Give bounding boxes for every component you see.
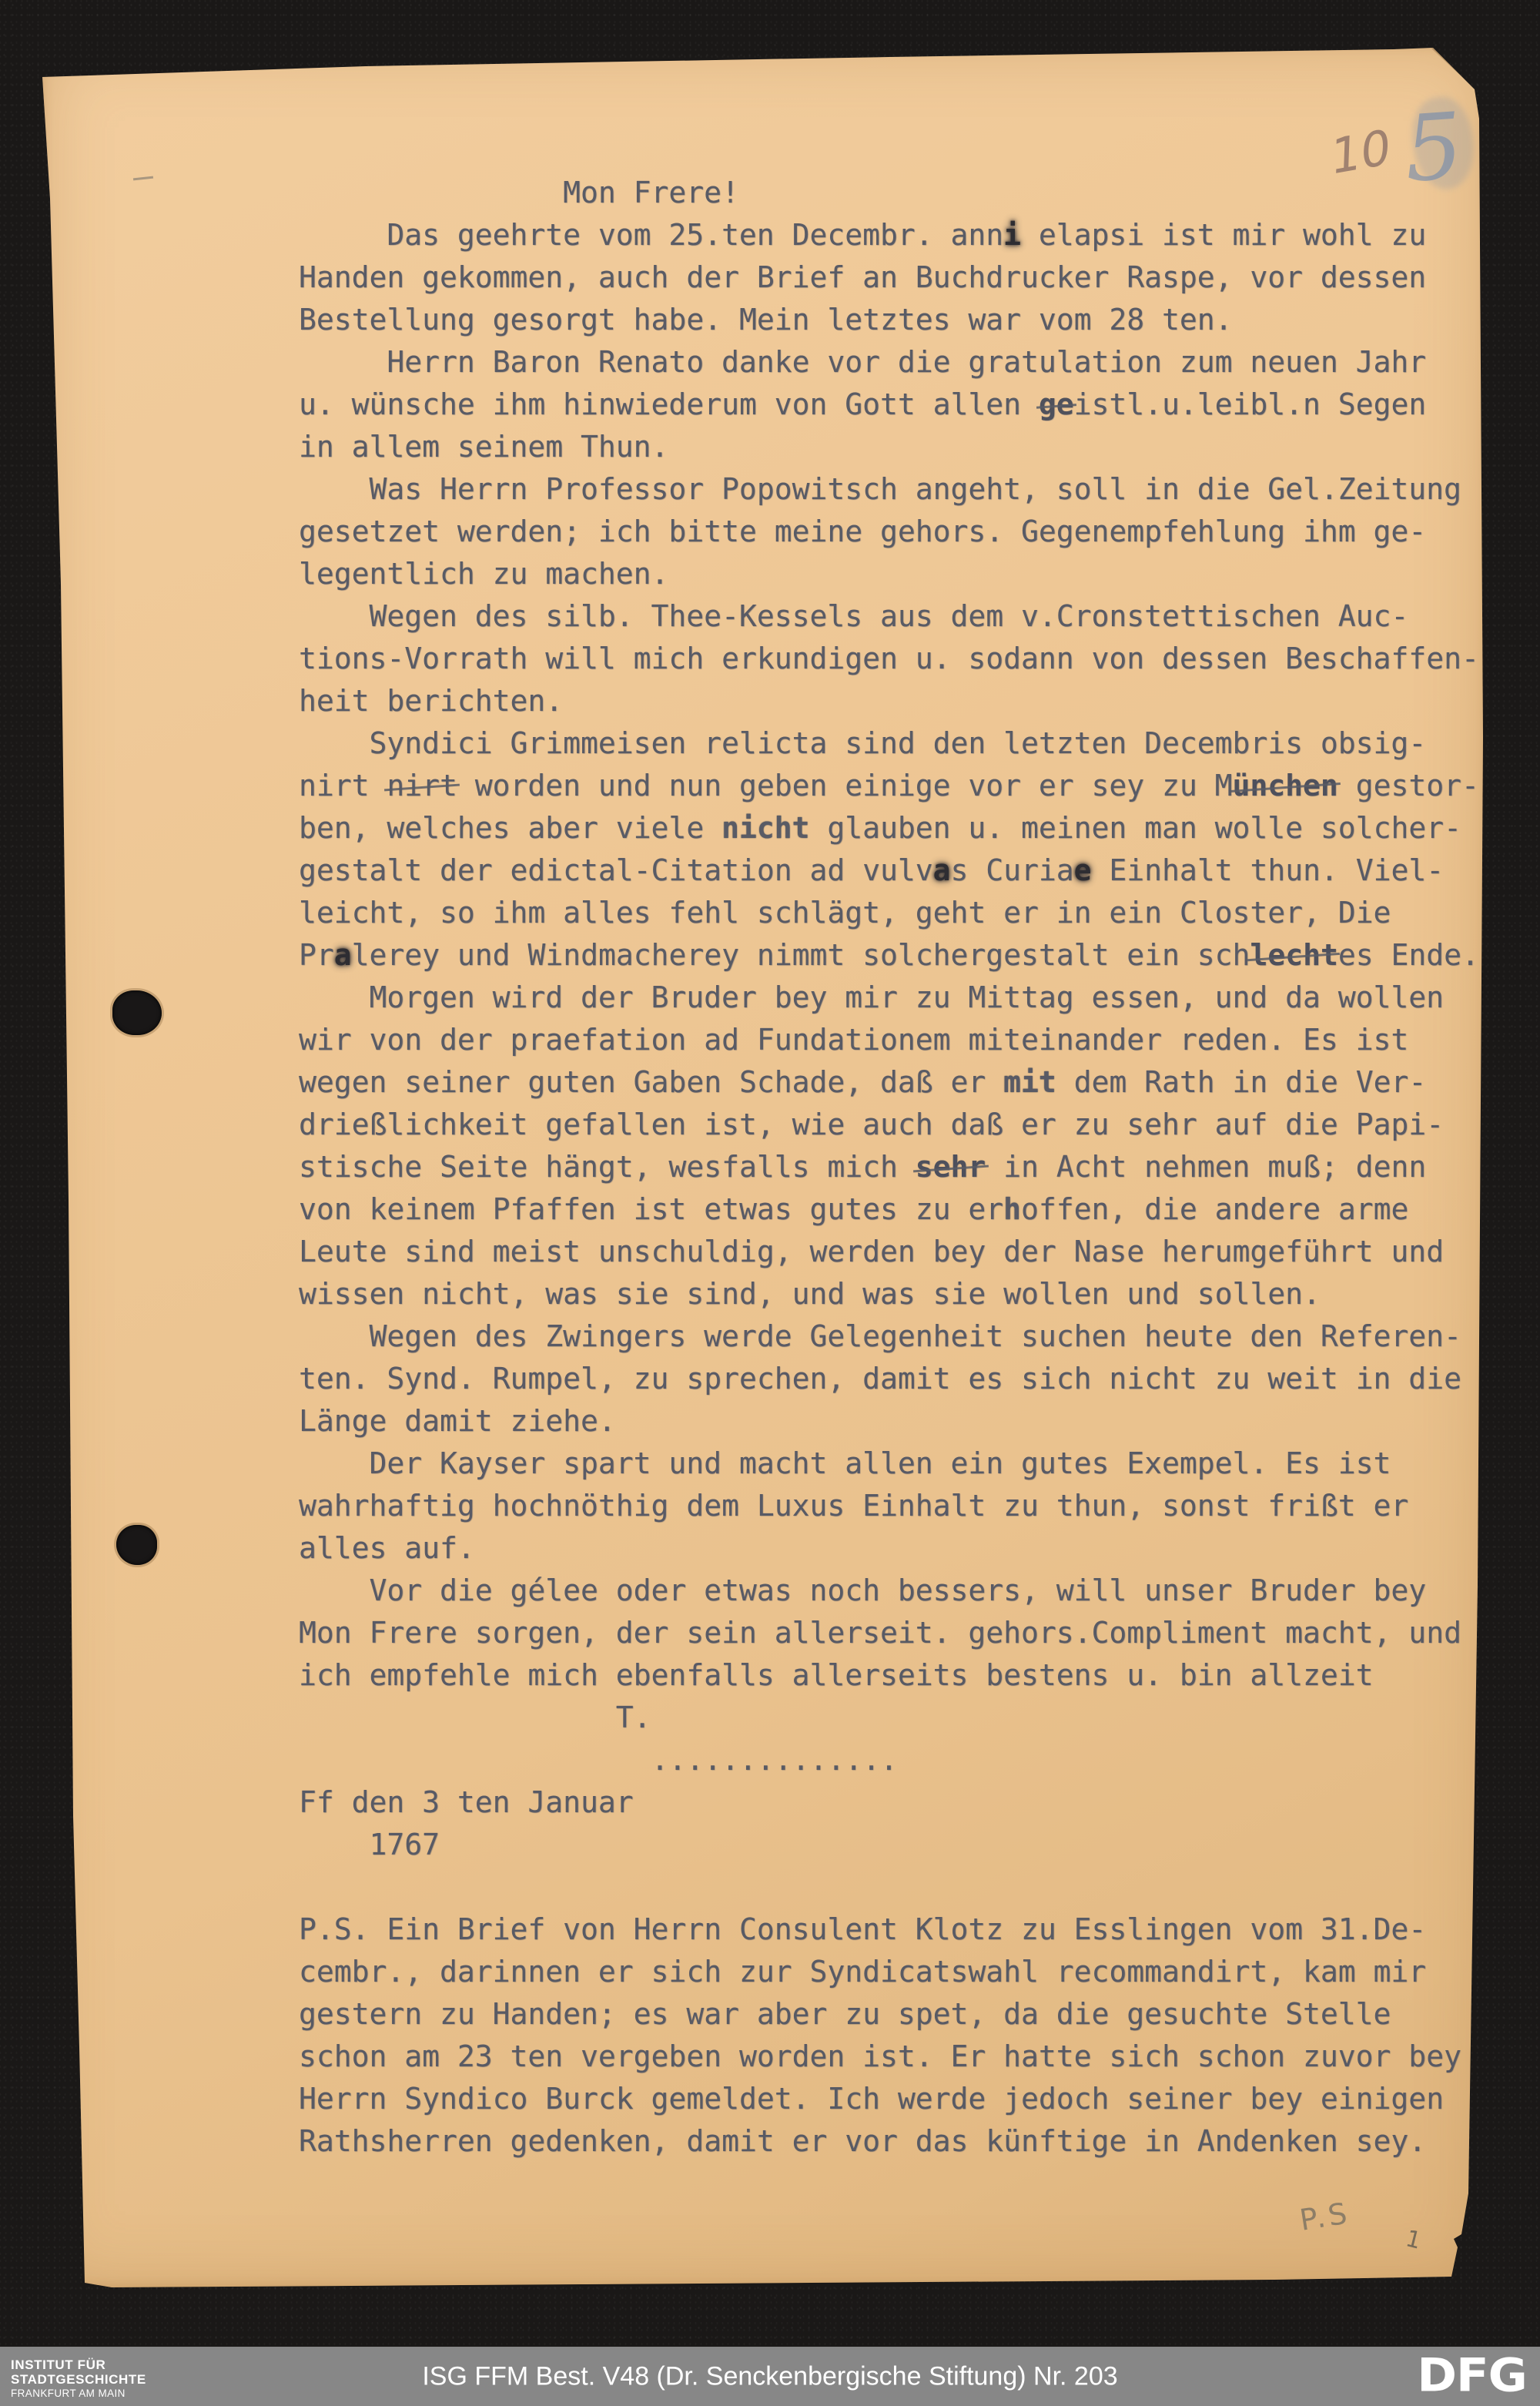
typed-text: Syndici Grimmeisen relicta sind den letz… <box>370 726 1427 760</box>
typed-text: Herrn Baron Renato danke vor die gratula… <box>387 345 1426 379</box>
typed-text: leicht, so ihm alles fehl schlägt, geht … <box>299 896 1391 930</box>
letter-line: ich empfehle mich ebenfalls allerseits b… <box>299 1654 1523 1697</box>
typed-text: Der Kayser spart und macht allen ein gut… <box>370 1446 1391 1480</box>
typed-text: von keinem Pfaffen ist etwas gutes zu er <box>299 1192 1003 1226</box>
letter-line: wissen nicht, was sie sind, und was sie … <box>299 1273 1523 1315</box>
letter-line: schon am 23 ten vergeben worden ist. Er … <box>299 2036 1523 2078</box>
typed-text: Pr <box>299 938 334 972</box>
typed-text: s Curia <box>951 853 1074 887</box>
typed-text: es Ende. <box>1338 938 1479 972</box>
scan-viewer: { "letter": { "lines": [ {"ind":15,"segs… <box>0 0 1540 2406</box>
overtyped-text: a <box>933 853 951 887</box>
typed-text: Leute sind meist unschuldig, werden bey … <box>299 1235 1444 1268</box>
typed-text: Herrn Syndico Burck gemeldet. Ich werde … <box>299 2082 1444 2116</box>
dfg-logo: DFG <box>1417 2348 1527 2402</box>
typed-text: heit berichten. <box>299 684 563 718</box>
typed-text: legentlich zu machen. <box>299 557 668 591</box>
typed-text: .............. <box>651 1743 898 1777</box>
letter-line: Wegen des Zwingers werde Gelegenheit suc… <box>299 1315 1523 1358</box>
typed-text: 1767 <box>370 1828 440 1861</box>
typed-text: Mon Frere sorgen, der sein allerseit. ge… <box>299 1616 1461 1650</box>
overtyped-text: nicht <box>721 811 809 845</box>
institute-logo: INSTITUT FÜR STADTGESCHICHTE FRANKFURT A… <box>11 2357 146 2400</box>
corner-fold-crease <box>1431 47 1462 76</box>
letter-line: Syndici Grimmeisen relicta sind den letz… <box>299 722 1523 765</box>
letter-line: Mon Frere! <box>299 172 1523 214</box>
letter-line: von keinem Pfaffen ist etwas gutes zu er… <box>299 1188 1523 1231</box>
typed-text: u. wünsche ihm hinwiederum von Gott alle… <box>299 387 1039 421</box>
typed-text: gestern zu Handen; es war aber zu spet, … <box>299 1997 1391 2031</box>
typed-text: glauben u. meinen man wolle solcher- <box>809 811 1461 845</box>
letter-line: wegen seiner guten Gaben Schade, daß er … <box>299 1061 1523 1104</box>
typed-text: Länge damit ziehe. <box>299 1404 616 1438</box>
typed-text: lerey und Windmacherey nimmt solchergest… <box>352 938 1250 972</box>
letter-line: heit berichten. <box>299 680 1523 722</box>
typed-text: in Acht nehmen muß; denn <box>986 1150 1426 1184</box>
letter-line: alles auf. <box>299 1527 1523 1570</box>
letter-line: Leute sind meist unschuldig, werden bey … <box>299 1231 1523 1273</box>
typed-text: cembr., darinnen er sich zur Syndicatswa… <box>299 1955 1426 1989</box>
letter-line: Vor die gélee oder etwas noch bessers, w… <box>299 1570 1523 1612</box>
typed-text: worden und nun geben einige vor er sey z… <box>457 769 1233 803</box>
typed-text: gestor- <box>1338 769 1479 803</box>
typed-text: T. <box>616 1701 651 1734</box>
punch-hole <box>112 990 162 1035</box>
letter-line: ben, welches aber viele nicht glauben u.… <box>299 807 1523 849</box>
letter-line: u. wünsche ihm hinwiederum von Gott alle… <box>299 384 1523 426</box>
typed-text: wegen seiner guten Gaben Schade, daß er <box>299 1065 1003 1099</box>
letter-line: wir von der praefation ad Fundationem mi… <box>299 1019 1523 1061</box>
overtyped-text: i <box>1003 218 1021 252</box>
typed-text: Vor die gélee oder etwas noch bessers, w… <box>370 1573 1427 1607</box>
overtyped-text: h <box>1003 1192 1021 1226</box>
typed-text: ben, welches aber viele <box>299 811 721 845</box>
letter-line: cembr., darinnen er sich zur Syndicatswa… <box>299 1951 1523 1993</box>
typed-text: offen, die andere arme <box>1021 1192 1408 1226</box>
archive-reference: ISG FFM Best. V48 (Dr. Senckenbergische … <box>422 2361 1117 2391</box>
overtyped-text: a <box>334 938 352 972</box>
letter-line <box>299 1866 1523 1908</box>
typed-text: istl.u.leibl.n Segen <box>1074 387 1427 421</box>
letter-line: tions-Vorrath will mich erkundigen u. so… <box>299 638 1523 680</box>
typed-text: in allem seinem Thun. <box>299 430 668 464</box>
letter-line: Rathsherren gedenken, damit er vor das k… <box>299 2120 1523 2163</box>
typed-text: alles auf. <box>299 1531 475 1565</box>
letter-line: Der Kayser spart und macht allen ein gut… <box>299 1443 1523 1485</box>
typed-text: Wegen des silb. Thee-Kessels aus dem v.C… <box>370 599 1409 633</box>
letter-text: Mon Frere!Das geehrte vom 25.ten Decembr… <box>299 172 1523 2163</box>
overtyped-text: ünchen <box>1233 769 1338 803</box>
letter-line: Das geehrte vom 25.ten Decembr. anni ela… <box>299 214 1523 256</box>
typed-text: gesetzet werden; ich bitte meine gehors.… <box>299 514 1426 548</box>
typed-text: schon am 23 ten vergeben worden ist. Er … <box>299 2039 1461 2073</box>
letter-line: Morgen wird der Bruder bey mir zu Mittag… <box>299 977 1523 1019</box>
typed-text: wahrhaftig hochnöthig dem Luxus Einhalt … <box>299 1489 1408 1523</box>
letter-line: ten. Synd. Rumpel, zu sprechen, damit es… <box>299 1358 1523 1400</box>
letter-line: Was Herrn Professor Popowitsch angeht, s… <box>299 468 1523 511</box>
letter-line: Länge damit ziehe. <box>299 1400 1523 1443</box>
typed-text: ich empfehle mich ebenfalls allerseits b… <box>299 1658 1374 1692</box>
institute-name-line1: INSTITUT FÜR <box>11 2357 146 2372</box>
letter-line: nirt nirt worden und nun geben einige vo… <box>299 765 1523 807</box>
typed-text: Das geehrte vom 25.ten Decembr. ann <box>387 218 1003 252</box>
letter-line: gesetzet werden; ich bitte meine gehors.… <box>299 511 1523 553</box>
letter-line: drießlichkeit gefallen ist, wie auch daß… <box>299 1104 1523 1146</box>
overtyped-text: nirt <box>387 769 457 803</box>
footer-bar: INSTITUT FÜR STADTGESCHICHTE FRANKFURT A… <box>0 2347 1540 2406</box>
typed-text: tions-Vorrath will mich erkundigen u. so… <box>299 642 1479 675</box>
typed-text: dem Rath in die Ver- <box>1056 1065 1426 1099</box>
typed-text: gestalt der edictal-Citation ad vulv <box>299 853 933 887</box>
typed-text: Handen gekommen, auch der Brief an Buchd… <box>299 260 1426 294</box>
typed-text: Wegen des Zwingers werde Gelegenheit suc… <box>370 1319 1461 1353</box>
handwritten-ps-note: P.S <box>1297 2196 1352 2237</box>
typed-text: drießlichkeit gefallen ist, wie auch daß… <box>299 1107 1444 1141</box>
institute-name-line2: STADTGESCHICHTE <box>11 2372 146 2387</box>
typed-text: stische Seite hängt, wesfalls mich <box>299 1150 916 1184</box>
document-page: 10 5 Mon Frere!Das geehrte vom 25.ten De… <box>42 45 1486 2287</box>
pencil-dash-mark <box>133 176 153 181</box>
letter-line: gestalt der edictal-Citation ad vulvas C… <box>299 849 1523 892</box>
letter-line: leicht, so ihm alles fehl schlägt, geht … <box>299 892 1523 934</box>
typed-text: P.S. Ein Brief von Herrn Consulent Klotz… <box>299 1912 1426 1946</box>
letter-line: P.S. Ein Brief von Herrn Consulent Klotz… <box>299 1908 1523 1951</box>
typed-text: Was Herrn Professor Popowitsch angeht, s… <box>370 472 1461 506</box>
letter-line: in allem seinem Thun. <box>299 426 1523 468</box>
typed-text: Bestellung gesorgt habe. Mein letztes wa… <box>299 303 1233 337</box>
letter-line: gestern zu Handen; es war aber zu spet, … <box>299 1993 1523 2036</box>
typed-text: elapsi ist mir wohl zu <box>1021 218 1426 252</box>
letter-line: Wegen des silb. Thee-Kessels aus dem v.C… <box>299 595 1523 638</box>
typed-text: Einhalt thun. Viel- <box>1092 853 1445 887</box>
letter-line: .............. <box>299 1739 1523 1781</box>
letter-line: wahrhaftig hochnöthig dem Luxus Einhalt … <box>299 1485 1523 1527</box>
letter-line: Handen gekommen, auch der Brief an Buchd… <box>299 256 1523 299</box>
typed-text: Morgen wird der Bruder bey mir zu Mittag… <box>370 980 1445 1014</box>
letter-line: Ff den 3 ten Januar <box>299 1781 1523 1824</box>
letter-line: Herrn Baron Renato danke vor die gratula… <box>299 341 1523 384</box>
typed-text: wissen nicht, was sie sind, und was sie … <box>299 1277 1321 1311</box>
letter-line: stische Seite hängt, wesfalls mich sehr … <box>299 1146 1523 1188</box>
overtyped-text: sehr <box>916 1150 986 1184</box>
typed-text: nirt <box>299 769 387 803</box>
typed-text: wir von der praefation ad Fundationem mi… <box>299 1023 1408 1057</box>
typed-text: ten. Synd. Rumpel, zu sprechen, damit es… <box>299 1362 1461 1396</box>
letter-line: 1767 <box>299 1824 1523 1866</box>
typed-text: Mon Frere! <box>563 176 739 209</box>
letter-line: Herrn Syndico Burck gemeldet. Ich werde … <box>299 2078 1523 2120</box>
typed-text: Ff den 3 ten Januar <box>299 1785 634 1819</box>
letter-line: Pralerey und Windmacherey nimmt solcherg… <box>299 934 1523 977</box>
letter-line: T. <box>299 1697 1523 1739</box>
letter-line: Mon Frere sorgen, der sein allerseit. ge… <box>299 1612 1523 1654</box>
letter-line: Bestellung gesorgt habe. Mein letztes wa… <box>299 299 1523 341</box>
punch-hole <box>116 1525 157 1565</box>
overtyped-text: lecht <box>1250 938 1337 972</box>
letter-line: legentlich zu machen. <box>299 553 1523 595</box>
overtyped-text: e <box>1074 853 1092 887</box>
overtyped-text: mit <box>1003 1065 1056 1099</box>
institute-name-line3: FRANKFURT AM MAIN <box>11 2387 146 2400</box>
handwritten-corner-mark: 1 <box>1403 2225 1424 2255</box>
typed-text: Rathsherren gedenken, damit er vor das k… <box>299 2124 1426 2158</box>
overtyped-text: ge <box>1039 387 1074 421</box>
